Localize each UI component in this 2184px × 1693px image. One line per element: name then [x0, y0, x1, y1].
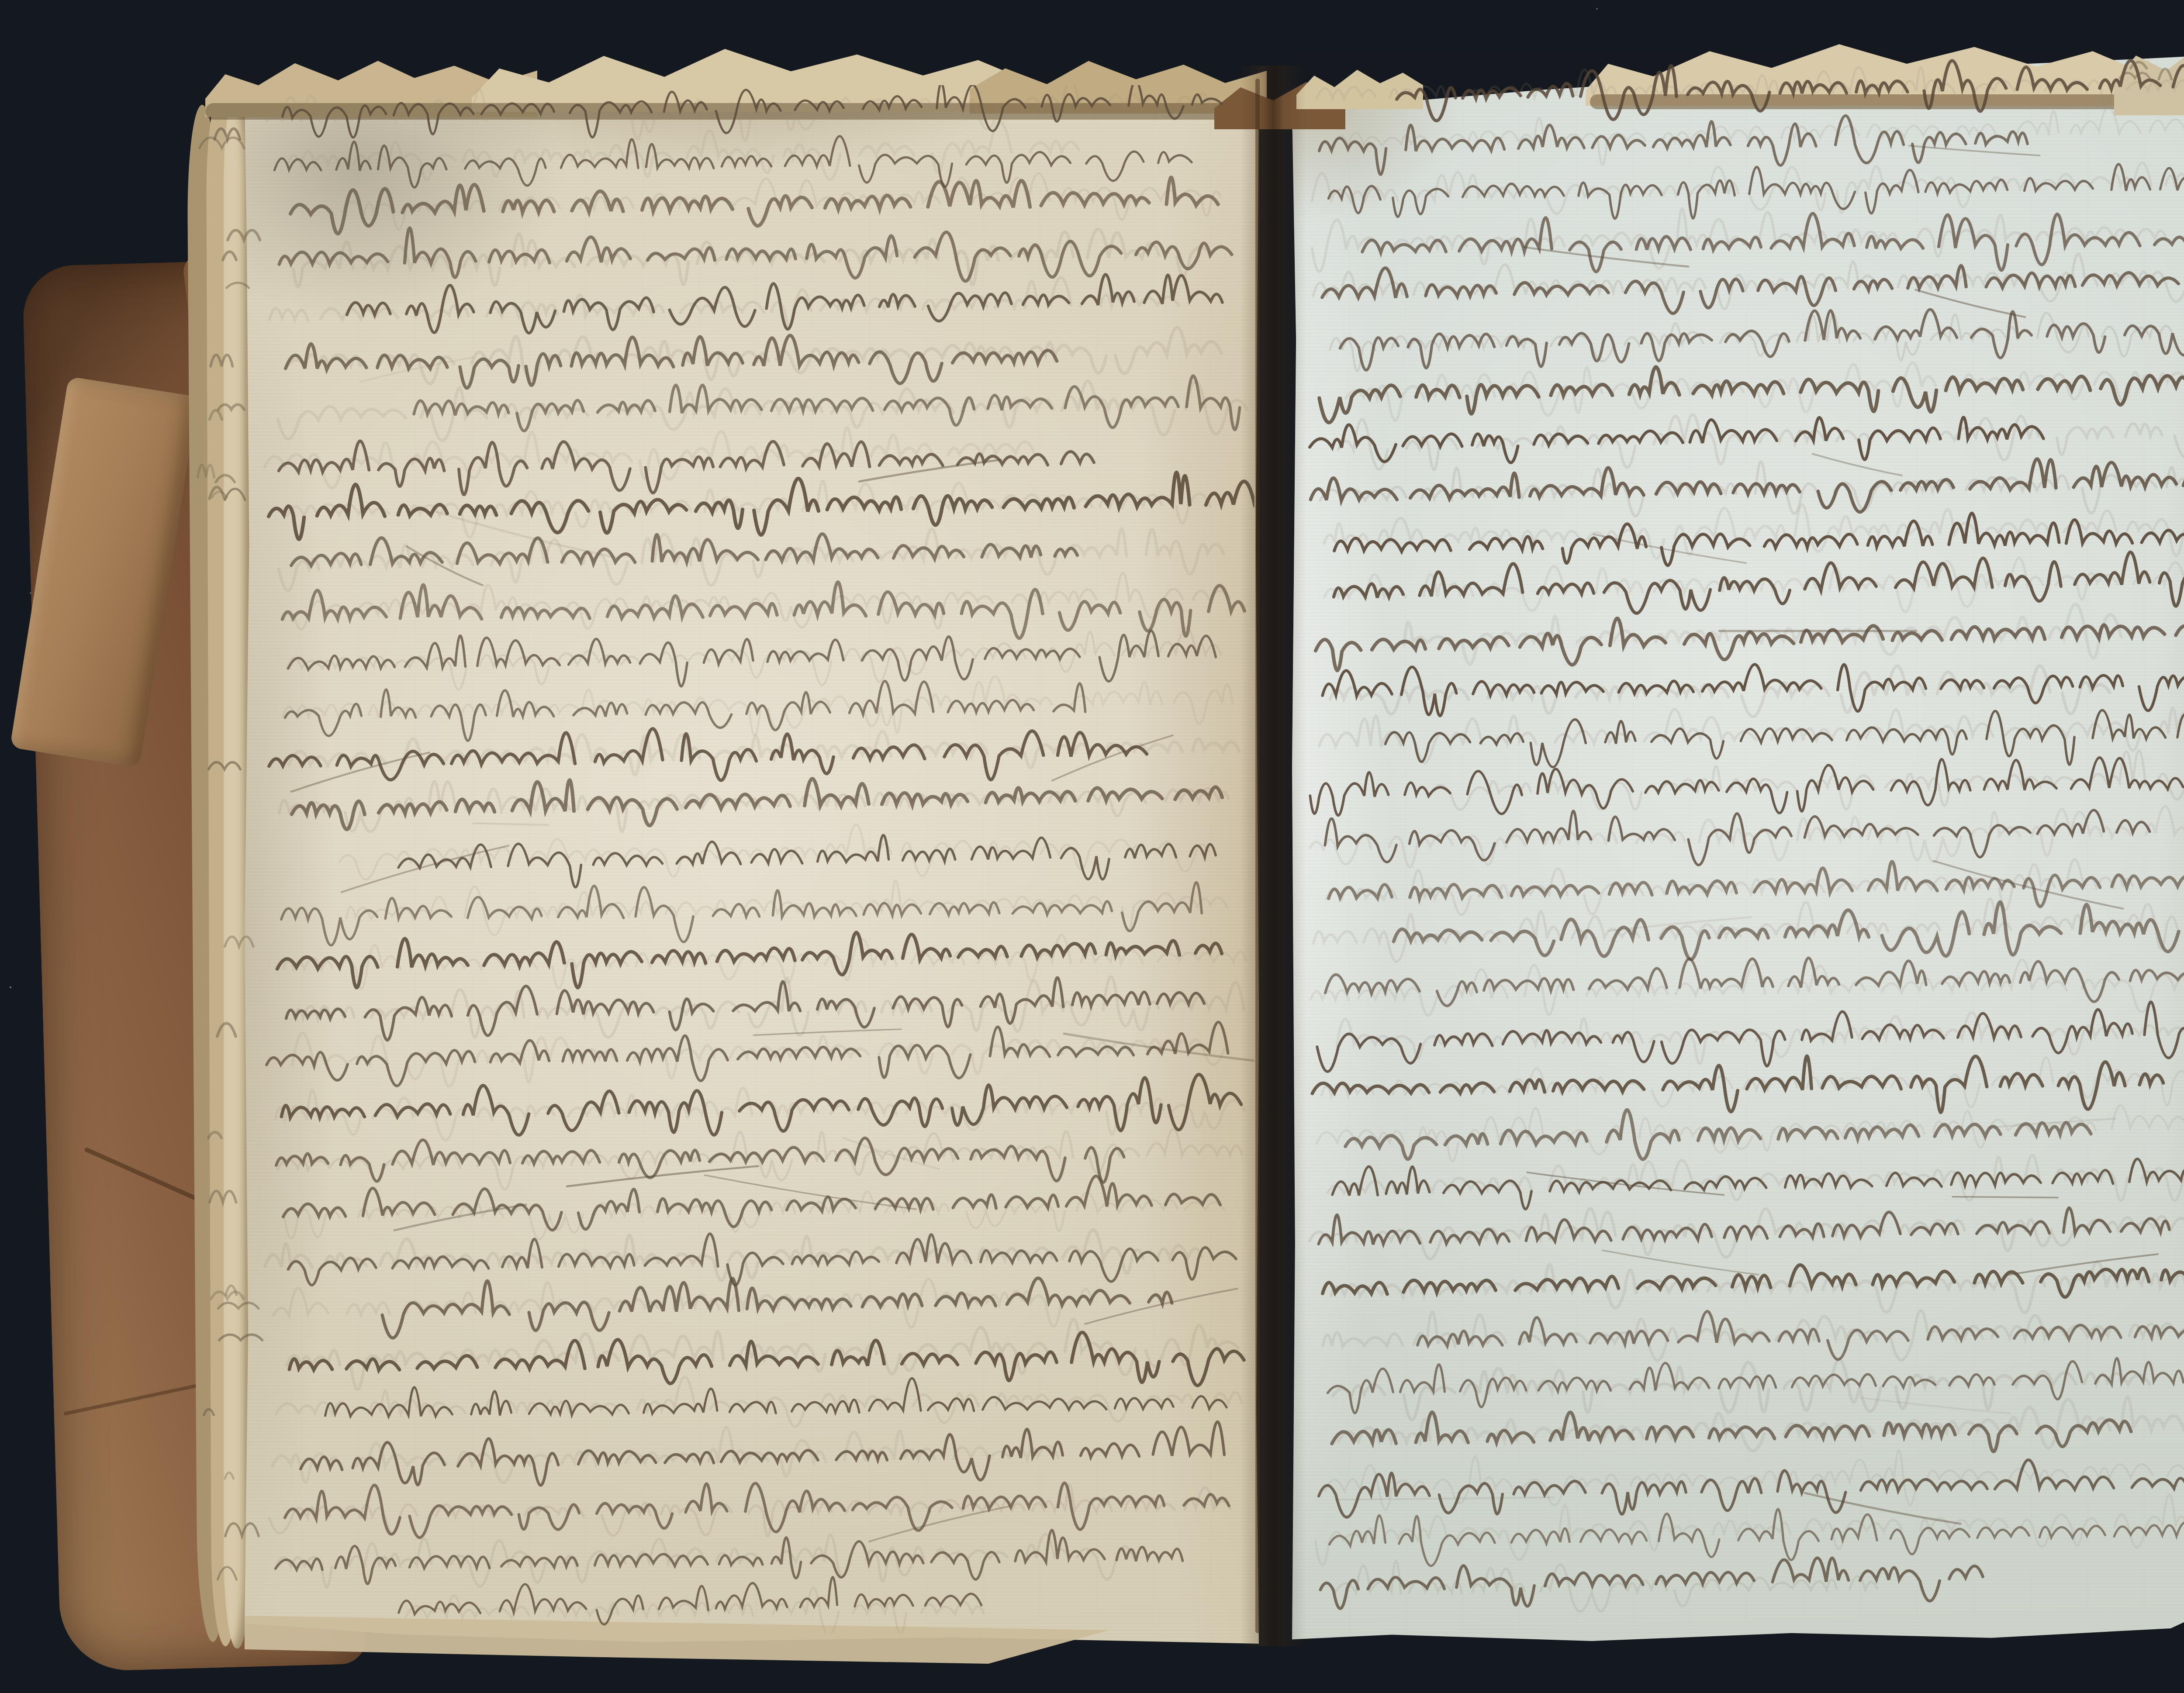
ink-bleedthrough-right: [1310, 67, 2184, 1611]
handwriting-layer: [0, 0, 2184, 1693]
cut-off-writing-page-edges: [198, 129, 263, 1580]
scanner-background: 120: [0, 0, 2184, 1693]
